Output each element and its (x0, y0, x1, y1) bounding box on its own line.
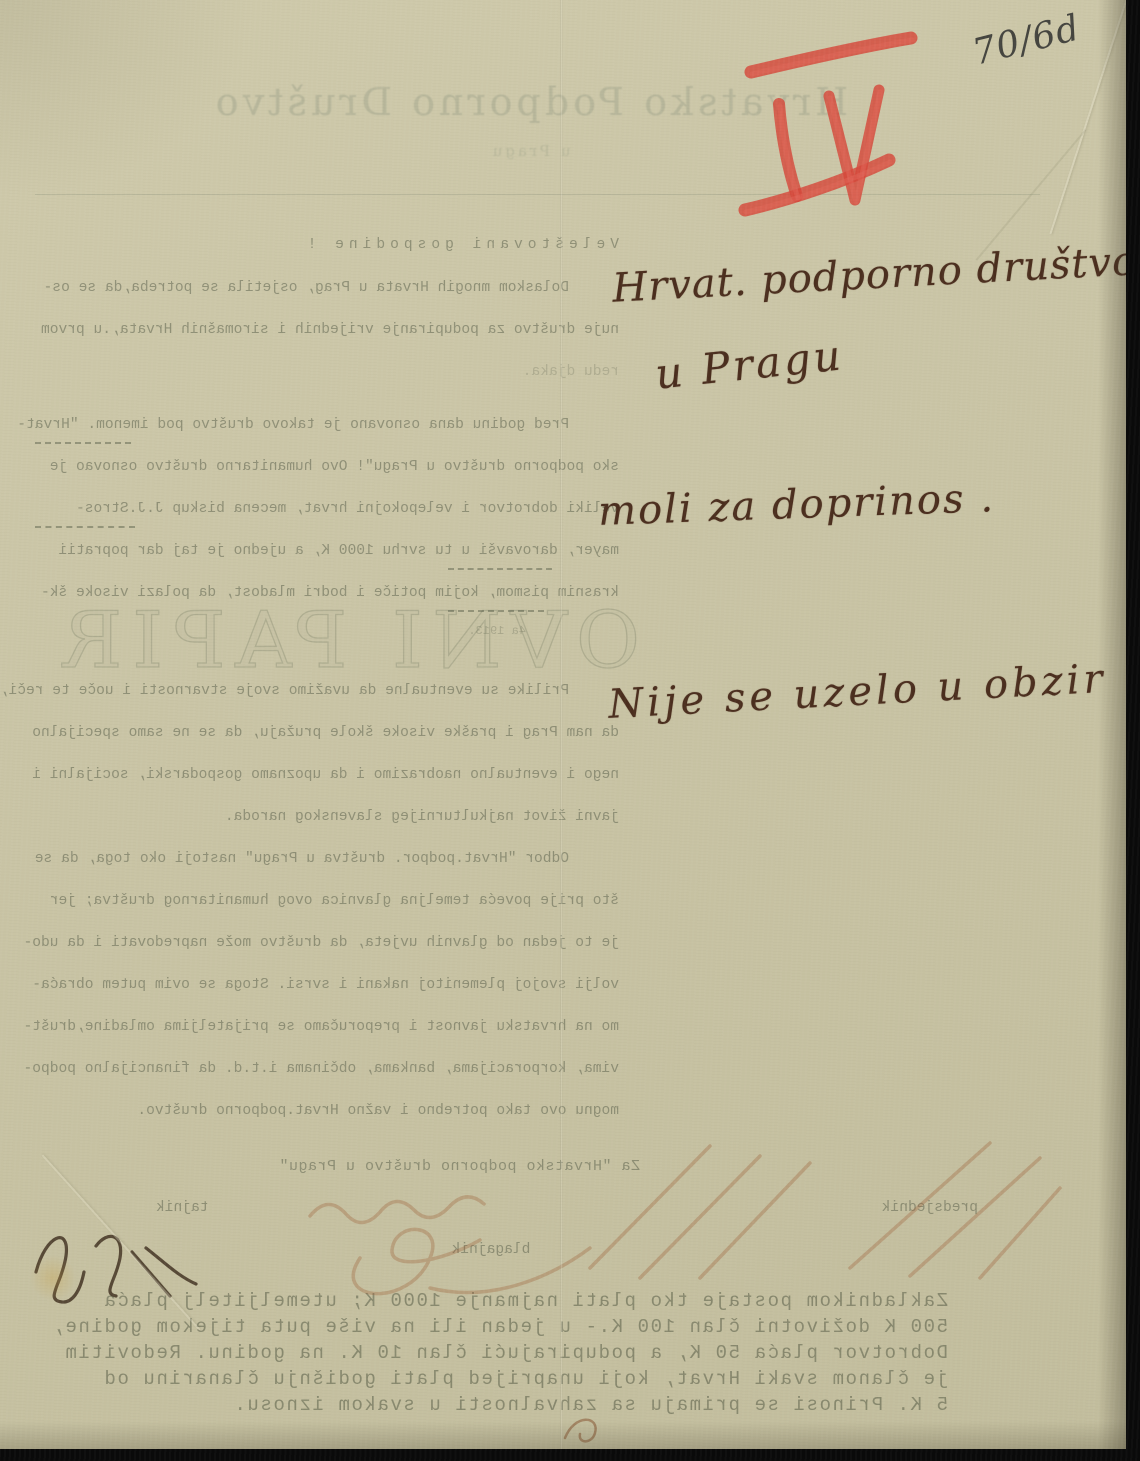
footer-line: 500 K doživotni član 100 K.- u jedan ili… (42, 1314, 948, 1340)
stain-yellow (30, 1255, 76, 1301)
typed-line: mognu ovo tako potrebno i važno Hrvat.po… (33, 1090, 619, 1132)
typed-paragraph-3: Prilike su eventualne da uvažimo svoje s… (33, 670, 619, 838)
typed-paragraph-2: Pred godinu dana osnovano je takovo druš… (33, 404, 619, 614)
signature-bleed-marks (290, 1128, 1080, 1313)
typed-line: Odbor "Hrvat.podpor. društva u Pragu" na… (33, 838, 619, 880)
typed-line: nego i eventualno naobrazimo i da upozna… (33, 754, 619, 796)
typed-line: što prije poveća temeljna glavnica ovog … (33, 880, 619, 922)
typed-line: sko podporno društvo u Pragu"! Ovo human… (33, 446, 619, 488)
typed-line: mo na hrvatsku javnost i preporučamo se … (33, 1006, 619, 1048)
typed-paragraph-4: Odbor "Hrvat.podpor. društva u Pragu" na… (33, 838, 619, 1132)
dashed-underline-2 (35, 526, 135, 528)
typed-line: redu djaka. (33, 351, 619, 393)
typed-line: Prilike su eventualne da uvažimo svoje s… (33, 670, 619, 712)
paper-edge-shade-right (1098, 0, 1126, 1449)
typed-line: volji svojoj plemenitoj nakani i svrsi. … (33, 964, 619, 1006)
footer-line: je članom svaki Hrvat, koji unaprijed pl… (42, 1366, 948, 1392)
dashed-underline-1 (35, 442, 131, 444)
typed-line: krasnim pismom, kojim potiče i bodri mla… (33, 572, 619, 614)
note-request: moli za doprinos . (597, 475, 995, 535)
scan-border-right (1126, 0, 1140, 1461)
stamp-note: 4a 1913. (426, 624, 526, 638)
typed-salutation: Veleštovani gospodine ! (33, 224, 619, 266)
typed-line: vima, korporacijama, bankama, občinama i… (33, 1048, 619, 1090)
crease-vertical (560, 0, 563, 1449)
archive-code: 70/6d (969, 7, 1085, 73)
note-society-line1: Hrvat. podporno društvo (611, 238, 1138, 311)
dashed-underline-4 (448, 610, 544, 612)
footer-line: Dobrotvor plaća 50 K, a podupirajući čla… (42, 1340, 948, 1366)
scan-border-bottom (0, 1449, 1140, 1461)
typed-line: nuje društvo za podupiranje vrijednih i … (33, 309, 619, 351)
typed-line: Dolaskom mnogih Hrvata u Prag, osjetila … (33, 267, 619, 309)
typed-line: je to jedan od glavnih uvjeta, da društv… (33, 922, 619, 964)
scanned-letter-page: Hrvatsko Podporno Društvo u Pragu OVNI P… (0, 0, 1140, 1461)
red-index-mark: IV (733, 24, 928, 219)
note-society-line2: u Pragu (653, 330, 846, 398)
footer-line: 5 K. Prinosi se primaju sa zahvalnosti u… (42, 1392, 948, 1418)
typed-line: javni život najkulturnijeg slavenskog na… (33, 796, 619, 838)
typed-line: mayer, darovavši u tu svrhu 1000 K, a uj… (33, 530, 619, 572)
typed-paragraph-1: Dolaskom mnogih Hrvata u Prag, osjetila … (33, 267, 619, 393)
typed-line: Pred godinu dana osnovano je takovo druš… (33, 404, 619, 446)
stain-corner (0, 0, 260, 200)
typed-line: da nam Prag i praške visoke škole pružaj… (33, 712, 619, 754)
dashed-underline-3 (448, 568, 552, 570)
paper-edge-shade-bottom (0, 1421, 1140, 1449)
typed-line: veliki dobrotvor i velepokojni hrvat, me… (33, 488, 619, 530)
letterhead-subtitle: u Pragu (430, 142, 630, 160)
note-decision: Nije se uzelo u obzir . (607, 654, 1140, 728)
